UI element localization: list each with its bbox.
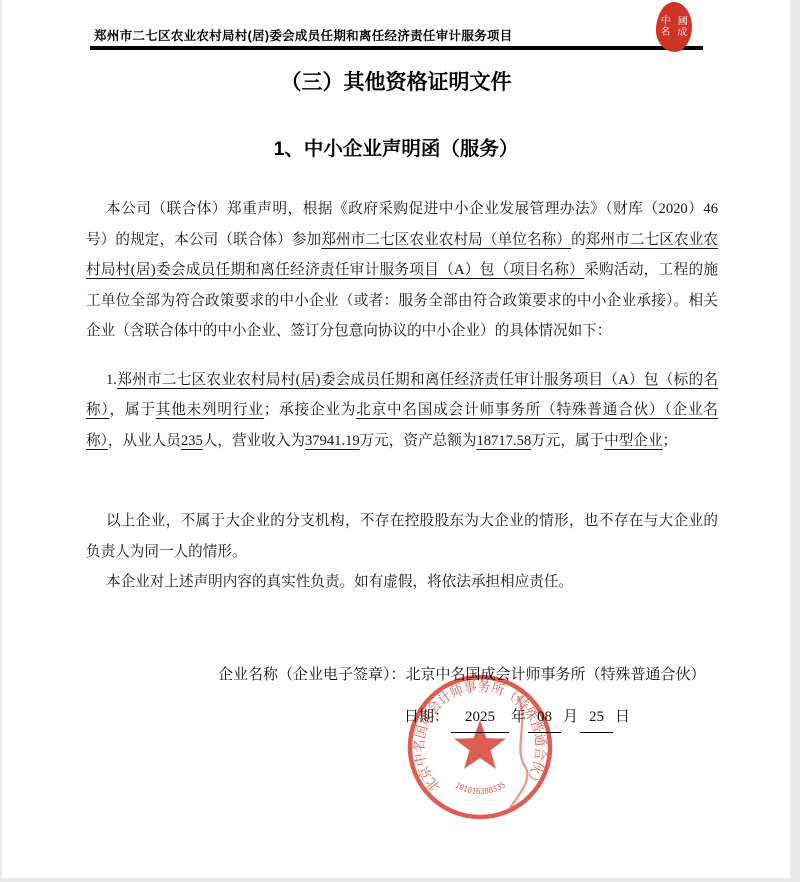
corner-seal-char: 國 (677, 16, 687, 27)
document-title: 1、中小企业声明函（服务） (2, 133, 790, 161)
declaration-paragraph: 1.郑州市二七区农业农村局村(居)委会成员任期和离任经济责任审计服务项目（A）包… (86, 365, 718, 457)
corner-seal-char: 名 (660, 27, 670, 38)
date-day: 25 (580, 702, 613, 733)
document-content: 本公司（联合体）郑重声明，根据《政府采购促进中小企业发展管理办法》（财库（202… (86, 194, 718, 733)
declaration-paragraph: 本公司（联合体）郑重声明，根据《政府采购促进中小企业发展管理办法》（财库（202… (86, 194, 718, 347)
signature-label: 企业名称（企业电子签章）： (218, 667, 406, 683)
declaration-paragraph: 以上企业，不属于大企业的分支机构，不存在控股股东为大企业的情形，也不存在与大企业… (86, 506, 718, 567)
declaration-body: 本公司（联合体）郑重声明，根据《政府采购促进中小企业发展管理办法》（财库（202… (86, 194, 718, 598)
section-title: （三）其他资格证明文件 (2, 66, 790, 96)
date-day-unit: 日 (615, 709, 630, 725)
company-seal: 北京中名国成会计师事务所（特殊普通合伙） 101016388335 (400, 668, 560, 828)
header-rule (90, 46, 703, 50)
running-header-title: 郑州市二七区农业农村局村(居)委会成员任期和离任经济责任审计服务项目 (94, 26, 513, 44)
corner-seal-char: 中 (661, 16, 671, 27)
corner-seal: 中 國 名 成 (655, 1, 693, 52)
company-seal-star (454, 720, 505, 769)
date-month-unit: 月 (563, 709, 578, 725)
company-seal-serial: 101016388335 (454, 780, 508, 796)
declaration-paragraph: 本企业对上述声明内容的真实性负责。如有虚假，将依法承担相应责任。 (86, 567, 718, 598)
document-page: 郑州市二七区农业农村局村(居)委会成员任期和离任经济责任审计服务项目 中 國 名… (2, 0, 790, 878)
corner-seal-char: 成 (677, 27, 687, 38)
